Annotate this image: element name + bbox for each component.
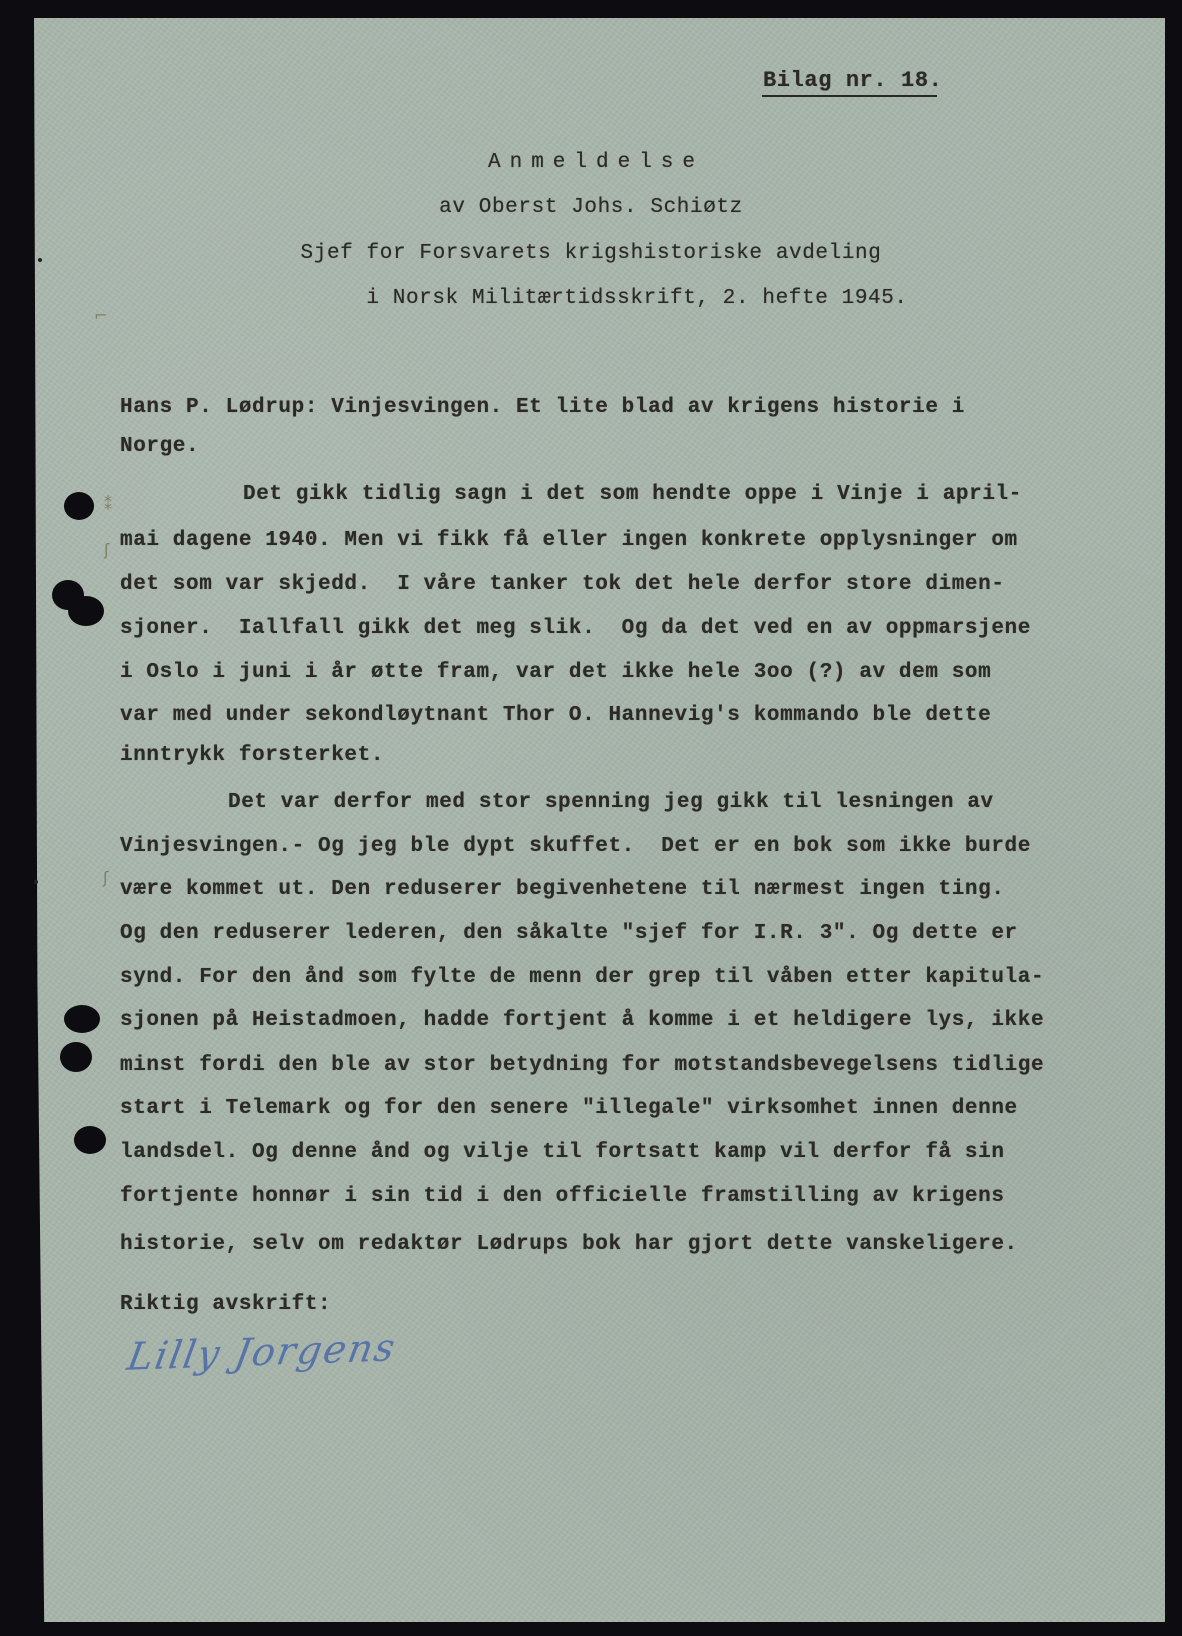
body-line: Hans P. Lødrup: Vinjesvingen. Et lite bl…	[120, 397, 965, 418]
margin-stain: ⁑	[104, 495, 112, 514]
title-position: Sjef for Forsvarets krigshistoriske avde…	[0, 243, 1182, 264]
punch-hole	[64, 492, 94, 520]
body-line: Vinjesvingen.- Og jeg ble dypt skuffet. …	[120, 836, 1031, 857]
title-heading: Anmeldelse	[0, 152, 1182, 173]
title-author: av Oberst Johs. Schiøtz	[0, 197, 1182, 218]
body-line: var med under sekondløytnant Thor O. Han…	[120, 705, 991, 726]
margin-stain: ʃ	[104, 540, 109, 559]
punch-hole	[68, 596, 104, 626]
body-line: minst fordi den ble av stor betydning fo…	[120, 1055, 1044, 1076]
body-line: mai dagene 1940. Men vi fikk få eller in…	[120, 530, 1018, 551]
body-line: landsdel. Og denne ånd og vilje til fort…	[120, 1142, 1005, 1163]
margin-mark	[34, 880, 38, 884]
body-line: være kommet ut. Den reduserer begivenhet…	[120, 879, 1005, 900]
body-line: start i Telemark og for den senere "ille…	[120, 1098, 1018, 1119]
margin-stain: ʃ	[103, 868, 108, 887]
body-line: Og den reduserer lederen, den såkalte "s…	[120, 923, 1018, 944]
body-line: i Oslo i juni i år øtte fram, var det ik…	[120, 662, 991, 683]
reference-underline	[762, 95, 937, 97]
body-line: inntrykk forsterket.	[120, 745, 384, 766]
punch-hole	[74, 1126, 106, 1154]
title-publication: i Norsk Militærtidsskrift, 2. hefte 1945…	[0, 288, 1182, 309]
body-line: sjonen på Heistadmoen, hadde fortjent å …	[120, 1010, 1044, 1031]
attachment-reference: Bilag nr. 18.	[763, 70, 942, 92]
body-line: Norge.	[120, 436, 199, 457]
body-line: Det var derfor med stor spenning jeg gik…	[228, 792, 994, 813]
punch-hole	[60, 1042, 92, 1072]
body-line: sjoner. Iallfall gikk det meg slik. Og d…	[120, 618, 1031, 639]
body-line: synd. For den ånd som fylte de menn der …	[120, 967, 1044, 988]
punch-hole	[64, 1005, 100, 1033]
body-line: det som var skjedd. I våre tanker tok de…	[120, 574, 1005, 595]
body-line: Det gikk tidlig sagn i det som hendte op…	[243, 484, 1022, 505]
body-line: fortjente honnør i sin tid i den officie…	[120, 1186, 1005, 1207]
body-line: historie, selv om redaktør Lødrups bok h…	[120, 1234, 1018, 1255]
attestation-label: Riktig avskrift:	[120, 1294, 331, 1315]
